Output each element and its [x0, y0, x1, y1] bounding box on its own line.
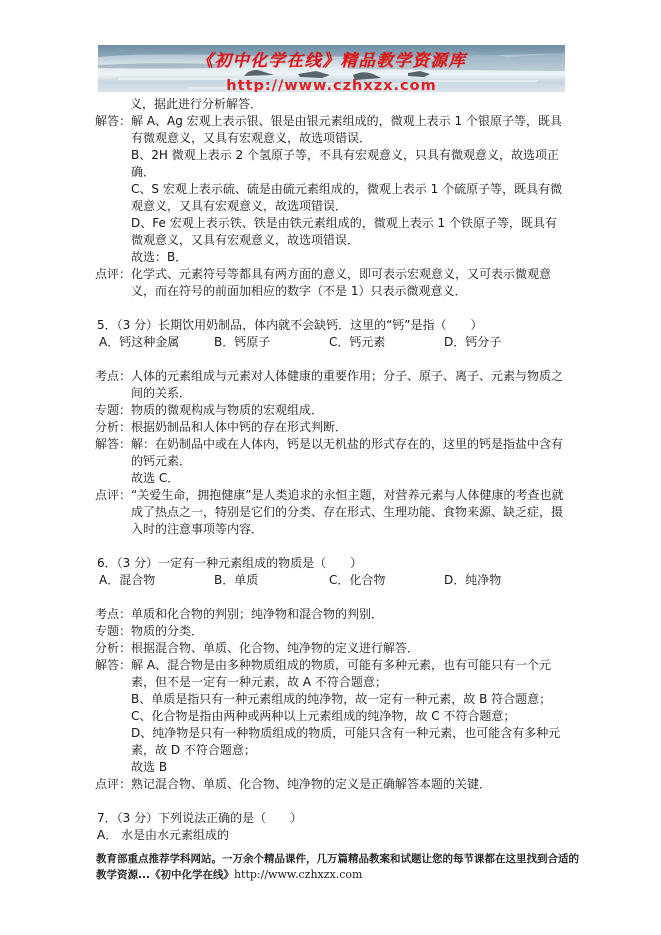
q5-kaodian-section: 考点： 人体的元素组成与元素对人体健康的重要作用；分子、原子、离子、元素与物质之…: [95, 368, 566, 402]
q6-dianping-text: 熟记混合物、单质、化合物、纯净物的定义是正确解答本题的关键．: [131, 776, 566, 793]
kaodian-label: 考点：: [95, 368, 131, 385]
q4-jieda-line: B、2H 微观上表示 2 个氢原子等，不具有宏观意义，只具有微观意义，故选项正确…: [131, 147, 566, 181]
q5-option-b: B．钙原子: [214, 334, 329, 351]
q5-jieda-line: 解：在奶制品中或在人体内，钙是以无机盐的形式存在的，这里的钙是指盐中含有的钙元素…: [131, 436, 566, 470]
footer-source-prefix: 教学资源...《初中化学在线》: [96, 869, 234, 881]
q6-jieda-line: 解 A、混合物是由多种物质组成的物质，可能有多种元素，也有可能只有一个元素，但不…: [131, 657, 566, 691]
q5-dianping-text: “关爱生命，拥抱健康”是人类追求的永恒主题，对营养元素与人体健康的考查也就成了热…: [131, 487, 566, 538]
jieda-label: 解答：: [95, 657, 131, 674]
q6-kaodian-text: 单质和化合物的判别；纯净物和混合物的判别．: [131, 606, 566, 623]
q6-answer-line: 故选 B: [131, 759, 566, 776]
document-page: 《初中化学在线》精品教学资源库 http://www.czhxzx.com 义，…: [0, 0, 661, 935]
q6-jieda-line: C、化合物是指由两种或两种以上元素组成的纯净物，故 C 不符合题意；: [131, 708, 566, 725]
q6-zhuanti-text: 物质的分类．: [131, 623, 566, 640]
q5-option-d: D．钙分子: [444, 334, 501, 351]
fenxi-label: 分析：: [95, 640, 131, 657]
q5-kaodian-text: 人体的元素组成与元素对人体健康的重要作用；分子、原子、离子、元素与物质之间的关系…: [131, 368, 566, 402]
spacer: [95, 589, 566, 606]
q6-jieda-line: D、纯净物是只有一种物质组成的物质，可能只含有一种元素，也可能含有多种元素，故 …: [131, 725, 566, 759]
dianping-label: 点评：: [95, 487, 131, 504]
q5-option-a: A．钙这种金属: [99, 334, 214, 351]
spacer: [95, 793, 566, 810]
q5-title: 5．（3 分）长期饮用奶制品，体内就不会缺钙．这里的“钙”是指（ ）: [95, 317, 566, 334]
q4-jieda-line: 解 A、Ag 宏观上表示银、银是由银元素组成的，微观上表示 1 个银原子等，既具…: [131, 113, 566, 147]
site-banner: 《初中化学在线》精品教学资源库 http://www.czhxzx.com: [98, 45, 565, 92]
q6-option-b: B．单质: [214, 572, 329, 589]
zhuanti-label: 专题：: [95, 402, 131, 419]
q4-dianping-section: 点评： 化学式、元素符号等都具有两方面的意义，即可表示宏观意义，又可表示微观意义…: [95, 266, 566, 300]
banner-site-title: 《初中化学在线》精品教学资源库: [98, 47, 565, 71]
footer-site-url[interactable]: http://www.czhxzx.com: [234, 868, 362, 881]
q4-jieda-section: 解答： 解 A、Ag 宏观上表示银、银是由银元素组成的，微观上表示 1 个银原子…: [95, 113, 566, 266]
dianping-label: 点评：: [95, 776, 131, 793]
q4-jieda-line: D、Fe 宏观上表示铁、铁是由铁元素组成的，微观上表示 1 个铁原子等，既具有微…: [131, 215, 566, 249]
q5-dianping-section: 点评： “关爱生命，拥抱健康”是人类追求的永恒主题，对营养元素与人体健康的考查也…: [95, 487, 566, 538]
answer-continuation-line: 义，据此进行分析解答．: [95, 96, 566, 113]
q6-jieda-section: 解答： 解 A、混合物是由多种物质组成的物质，可能有多种元素，也有可能只有一个元…: [95, 657, 566, 776]
q4-dianping-text: 化学式、元素符号等都具有两方面的意义，即可表示宏观意义，又可表示微观意义，而在符…: [131, 266, 566, 300]
zhuanti-label: 专题：: [95, 623, 131, 640]
q6-title: 6．（3 分）一定有一种元素组成的物质是（ ）: [95, 555, 566, 572]
q6-option-a: A．混合物: [99, 572, 214, 589]
q6-kaodian-section: 考点： 单质和化合物的判别；纯净物和混合物的判别．: [95, 606, 566, 623]
footer-source-line: 教学资源...《初中化学在线》http://www.czhxzx.com: [96, 867, 616, 883]
document-body: 义，据此进行分析解答． 解答： 解 A、Ag 宏观上表示银、银是由银元素组成的，…: [95, 96, 566, 844]
q5-fenxi-section: 分析： 根据奶制品和人体中钙的存在形式判断．: [95, 419, 566, 436]
q5-jieda-body: 解：在奶制品中或在人体内，钙是以无机盐的形式存在的，这里的钙是指盐中含有的钙元素…: [131, 436, 566, 487]
q5-fenxi-text: 根据奶制品和人体中钙的存在形式判断．: [131, 419, 566, 436]
q4-answer-line: 故选：B．: [131, 249, 566, 266]
q7-title: 7．（3 分）下列说法正确的是（ ）: [95, 810, 566, 827]
q5-options: A．钙这种金属 B．钙原子 C．钙元素 D．钙分子: [95, 334, 566, 351]
footer-promo-line: 教育部重点推荐学科网站。一万余个精品课件，几万篇精品教案和试题让您的每节课都在这…: [96, 851, 616, 867]
q7-option-a: A． 水是由水元素组成的: [95, 827, 566, 844]
spacer: [95, 538, 566, 555]
q5-jieda-section: 解答： 解：在奶制品中或在人体内，钙是以无机盐的形式存在的，这里的钙是指盐中含有…: [95, 436, 566, 487]
banner-site-url[interactable]: http://www.czhxzx.com: [98, 78, 565, 92]
q5-zhuanti-text: 物质的微观构成与物质的宏观组成．: [131, 402, 566, 419]
q6-dianping-section: 点评： 熟记混合物、单质、化合物、纯净物的定义是正确解答本题的关键．: [95, 776, 566, 793]
page-footer: 教育部重点推荐学科网站。一万余个精品课件，几万篇精品教案和试题让您的每节课都在这…: [96, 851, 616, 883]
q6-jieda-body: 解 A、混合物是由多种物质组成的物质，可能有多种元素，也有可能只有一个元素，但不…: [131, 657, 566, 776]
fenxi-label: 分析：: [95, 419, 131, 436]
jieda-label: 解答：: [95, 113, 131, 130]
jieda-label: 解答：: [95, 436, 131, 453]
q6-fenxi-section: 分析： 根据混合物、单质、化合物、纯净物的定义进行解答．: [95, 640, 566, 657]
q6-options: A．混合物 B．单质 C．化合物 D．纯净物: [95, 572, 566, 589]
spacer: [95, 300, 566, 317]
q6-zhuanti-section: 专题： 物质的分类．: [95, 623, 566, 640]
q5-answer-line: 故选 C．: [131, 470, 566, 487]
q6-jieda-line: B、单质是指只有一种元素组成的纯净物，故一定有一种元素，故 B 符合题意；: [131, 691, 566, 708]
q5-option-c: C．钙元素: [329, 334, 444, 351]
kaodian-label: 考点：: [95, 606, 131, 623]
dianping-label: 点评：: [95, 266, 131, 283]
q6-option-c: C．化合物: [329, 572, 444, 589]
q4-jieda-body: 解 A、Ag 宏观上表示银、银是由银元素组成的，微观上表示 1 个银原子等，既具…: [131, 113, 566, 266]
q4-jieda-line: C、S 宏观上表示硫、硫是由硫元素组成的，微观上表示 1 个硫原子等，既具有微观…: [131, 181, 566, 215]
spacer: [95, 351, 566, 368]
q6-fenxi-text: 根据混合物、单质、化合物、纯净物的定义进行解答．: [131, 640, 566, 657]
q5-zhuanti-section: 专题： 物质的微观构成与物质的宏观组成．: [95, 402, 566, 419]
q6-option-d: D．纯净物: [444, 572, 501, 589]
